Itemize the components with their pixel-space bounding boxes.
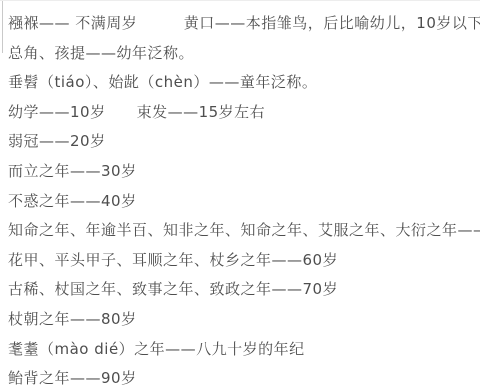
text-line-age-80: 杖朝之年——80岁	[8, 305, 474, 335]
text-line-infant: 襁褓—— 不满周岁 黄口——本指雏鸟，后比喻幼儿，10岁以下。	[8, 9, 474, 39]
text-line-age-60: 花甲、平头甲子、耳顺之年、杖乡之年——60岁	[8, 246, 474, 276]
text-line-age-20: 弱冠——20岁	[8, 127, 474, 157]
text-line-age-90-clipped: 鲐背之年——90岁	[8, 364, 474, 386]
text-content: 襁褓—— 不满周岁 黄口——本指雏鸟，后比喻幼儿，10岁以下。 总角、孩提——幼…	[0, 1, 480, 386]
text-line-age-80-90: 耄耋（mào dié）之年——八九十岁的年纪	[8, 335, 474, 365]
text-line-age-10-15: 幼学——10岁 束发——15岁左右	[8, 98, 474, 128]
text-line-tiao-chen: 垂髫（tiáo）、始龀（chèn）——童年泛称。	[8, 68, 474, 98]
text-line-age-30: 而立之年——30岁	[8, 157, 474, 187]
text-line-age-40: 不惑之年——40岁	[8, 187, 474, 217]
text-line-childhood-general: 总角、孩提——幼年泛称。	[8, 39, 474, 69]
left-border-fragment	[2, 1, 3, 53]
text-line-age-70: 古稀、杖国之年、致事之年、致政之年——70岁	[8, 275, 474, 305]
document-page: 襁褓—— 不满周岁 黄口——本指雏鸟，后比喻幼儿，10岁以下。 总角、孩提——幼…	[0, 0, 480, 386]
text-line-age-50: 知命之年、年逾半百、知非之年、知命之年、艾服之年、大衍之年——50岁	[8, 216, 474, 246]
